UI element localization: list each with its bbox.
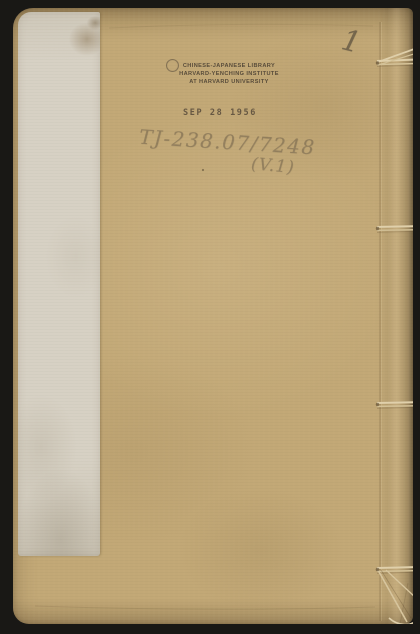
scan-background: CHINESE-JAPANESE LIBRARY HARVARD-YENCHIN…	[0, 0, 420, 634]
date-stamp: SEP 28 1956	[159, 108, 281, 118]
binding-edge	[377, 8, 413, 624]
title-slip	[18, 12, 100, 556]
photo-background: { "stamp": { "line1": "CHINESE-JAPANESE …	[0, 0, 420, 634]
stamp-line-3: AT HARVARD UNIVERSITY	[177, 78, 281, 86]
call-number-annotation: TJ-238.07/7248	[138, 125, 316, 160]
stamp-line-1: CHINESE-JAPANESE LIBRARY	[177, 62, 281, 70]
corner-number-annotation: 1	[338, 22, 364, 59]
stamp-line-2: HARVARD-YENCHING INSTITUTE	[177, 70, 281, 78]
library-stamp-text: CHINESE-JAPANESE LIBRARY HARVARD-YENCHIN…	[177, 62, 281, 87]
book-cover: CHINESE-JAPANESE LIBRARY HARVARD-YENCHIN…	[13, 8, 413, 624]
volume-annotation: (V.1)	[250, 154, 295, 178]
